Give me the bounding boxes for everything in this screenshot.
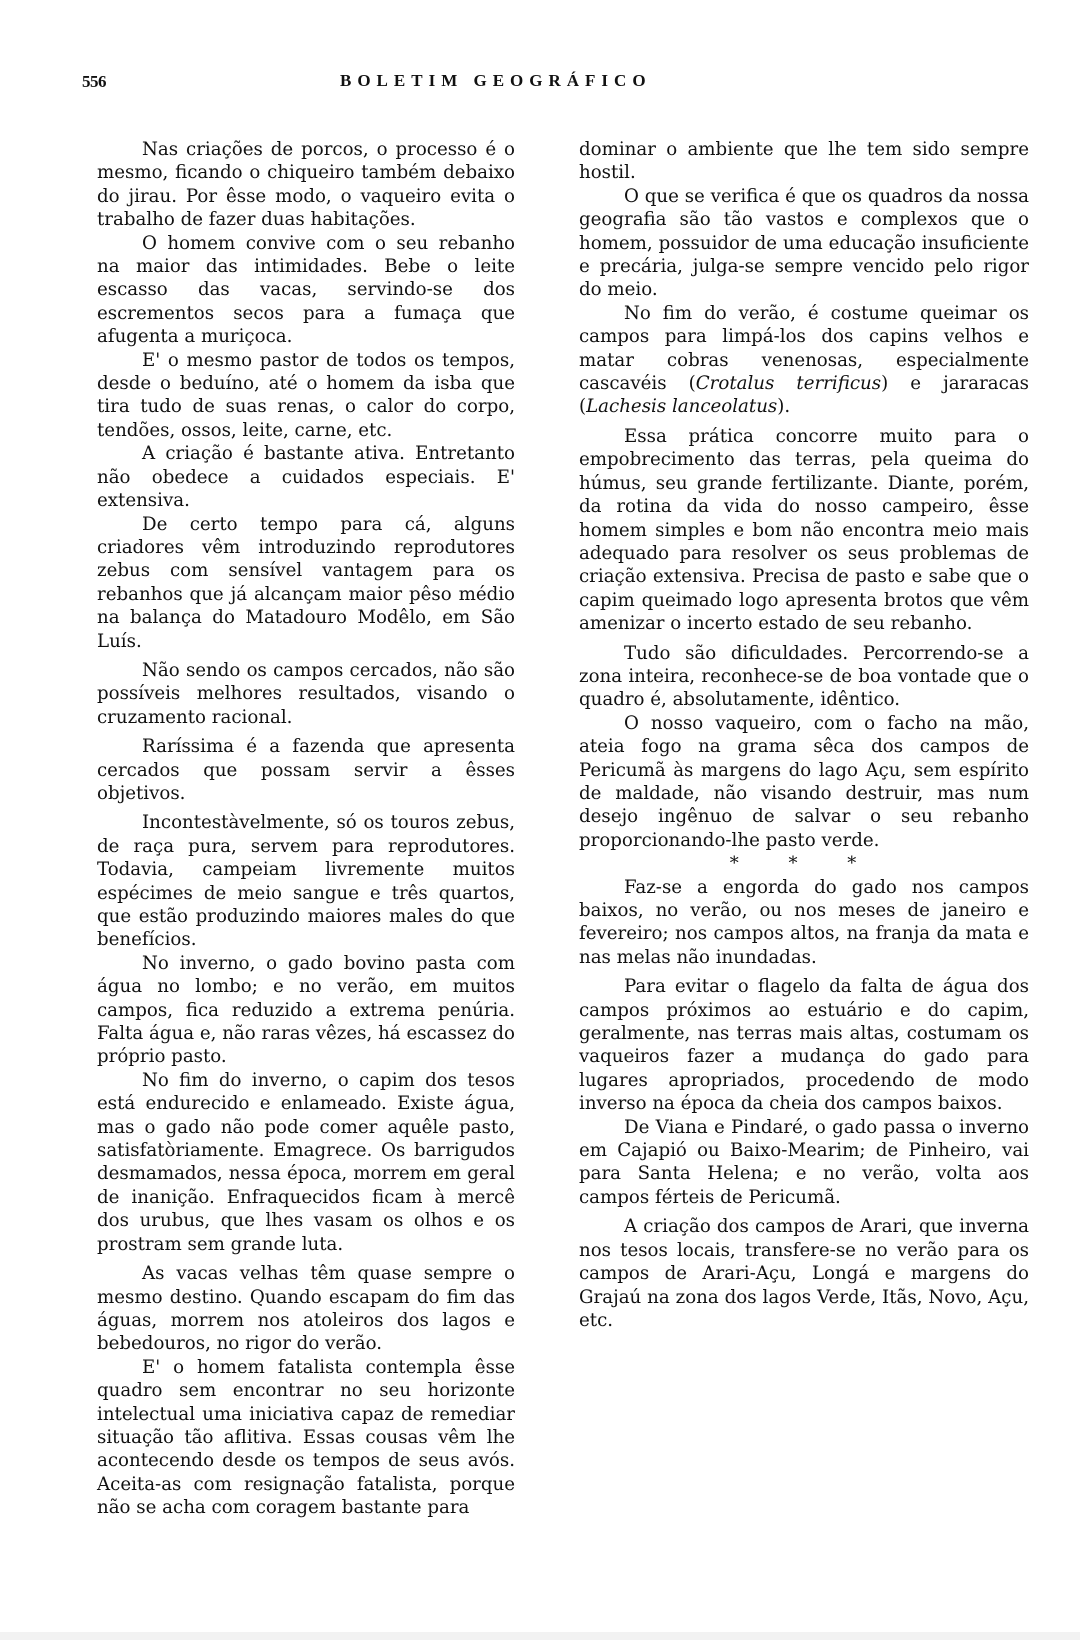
paragraph: De Viana e Pindaré, o gado passa o inver… bbox=[579, 1116, 1029, 1210]
page-number: 556 bbox=[82, 72, 106, 92]
paragraph: A criação é bastante ativa. Entretanto n… bbox=[97, 442, 515, 512]
paragraph: O que se verifica é que os quadros da no… bbox=[579, 185, 1029, 302]
paragraph: A criação dos campos de Arari, que inver… bbox=[579, 1215, 1029, 1332]
paragraph: Incontestàvelmente, só os touros zebus, … bbox=[97, 811, 515, 951]
paragraph: Tudo são dificuldades. Percorrendo-se a … bbox=[579, 642, 1029, 712]
paragraph-continuation: dominar o ambiente que lhe tem sido semp… bbox=[579, 138, 1029, 185]
section-break: * * * bbox=[579, 852, 1029, 875]
species-name: Lachesis lanceolatus bbox=[586, 396, 777, 417]
paragraph: Raríssima é a fazenda que apresenta cerc… bbox=[97, 735, 515, 805]
bottom-strip bbox=[0, 1632, 1080, 1640]
paragraph: Para evitar o flagelo da falta de água d… bbox=[579, 975, 1029, 1115]
paragraph: No inverno, o gado bovino pasta com água… bbox=[97, 952, 515, 1069]
paragraph: O homem convive com o seu rebanho na mai… bbox=[97, 232, 515, 349]
paragraph: E' o mesmo pastor de todos os tempos, de… bbox=[97, 349, 515, 443]
text: ). bbox=[777, 396, 790, 417]
right-column: dominar o ambiente que lhe tem sido semp… bbox=[579, 138, 1029, 1332]
paragraph: Não sendo os campos cercados, não são po… bbox=[97, 659, 515, 729]
paragraph: No fim do inverno, o capim dos tesos est… bbox=[97, 1069, 515, 1256]
left-column: Nas criações de porcos, o processo é o m… bbox=[97, 138, 515, 1520]
paragraph: No fim do verão, é costume queimar os ca… bbox=[579, 302, 1029, 419]
paragraph: Nas criações de porcos, o processo é o m… bbox=[97, 138, 515, 232]
paragraph: Essa prática concorre muito para o empob… bbox=[579, 425, 1029, 636]
running-title: BOLETIM GEOGRÁFICO bbox=[340, 71, 652, 91]
paragraph: E' o homem fatalista contempla êsse quad… bbox=[97, 1356, 515, 1520]
paragraph: Faz-se a engorda do gado nos campos baix… bbox=[579, 876, 1029, 970]
paragraph: O nosso vaqueiro, com o facho na mão, at… bbox=[579, 712, 1029, 852]
species-name: Crotalus terrificus bbox=[696, 373, 881, 394]
paragraph: As vacas velhas têm quase sempre o mesmo… bbox=[97, 1262, 515, 1356]
paragraph: De certo tempo para cá, alguns criadores… bbox=[97, 513, 515, 653]
